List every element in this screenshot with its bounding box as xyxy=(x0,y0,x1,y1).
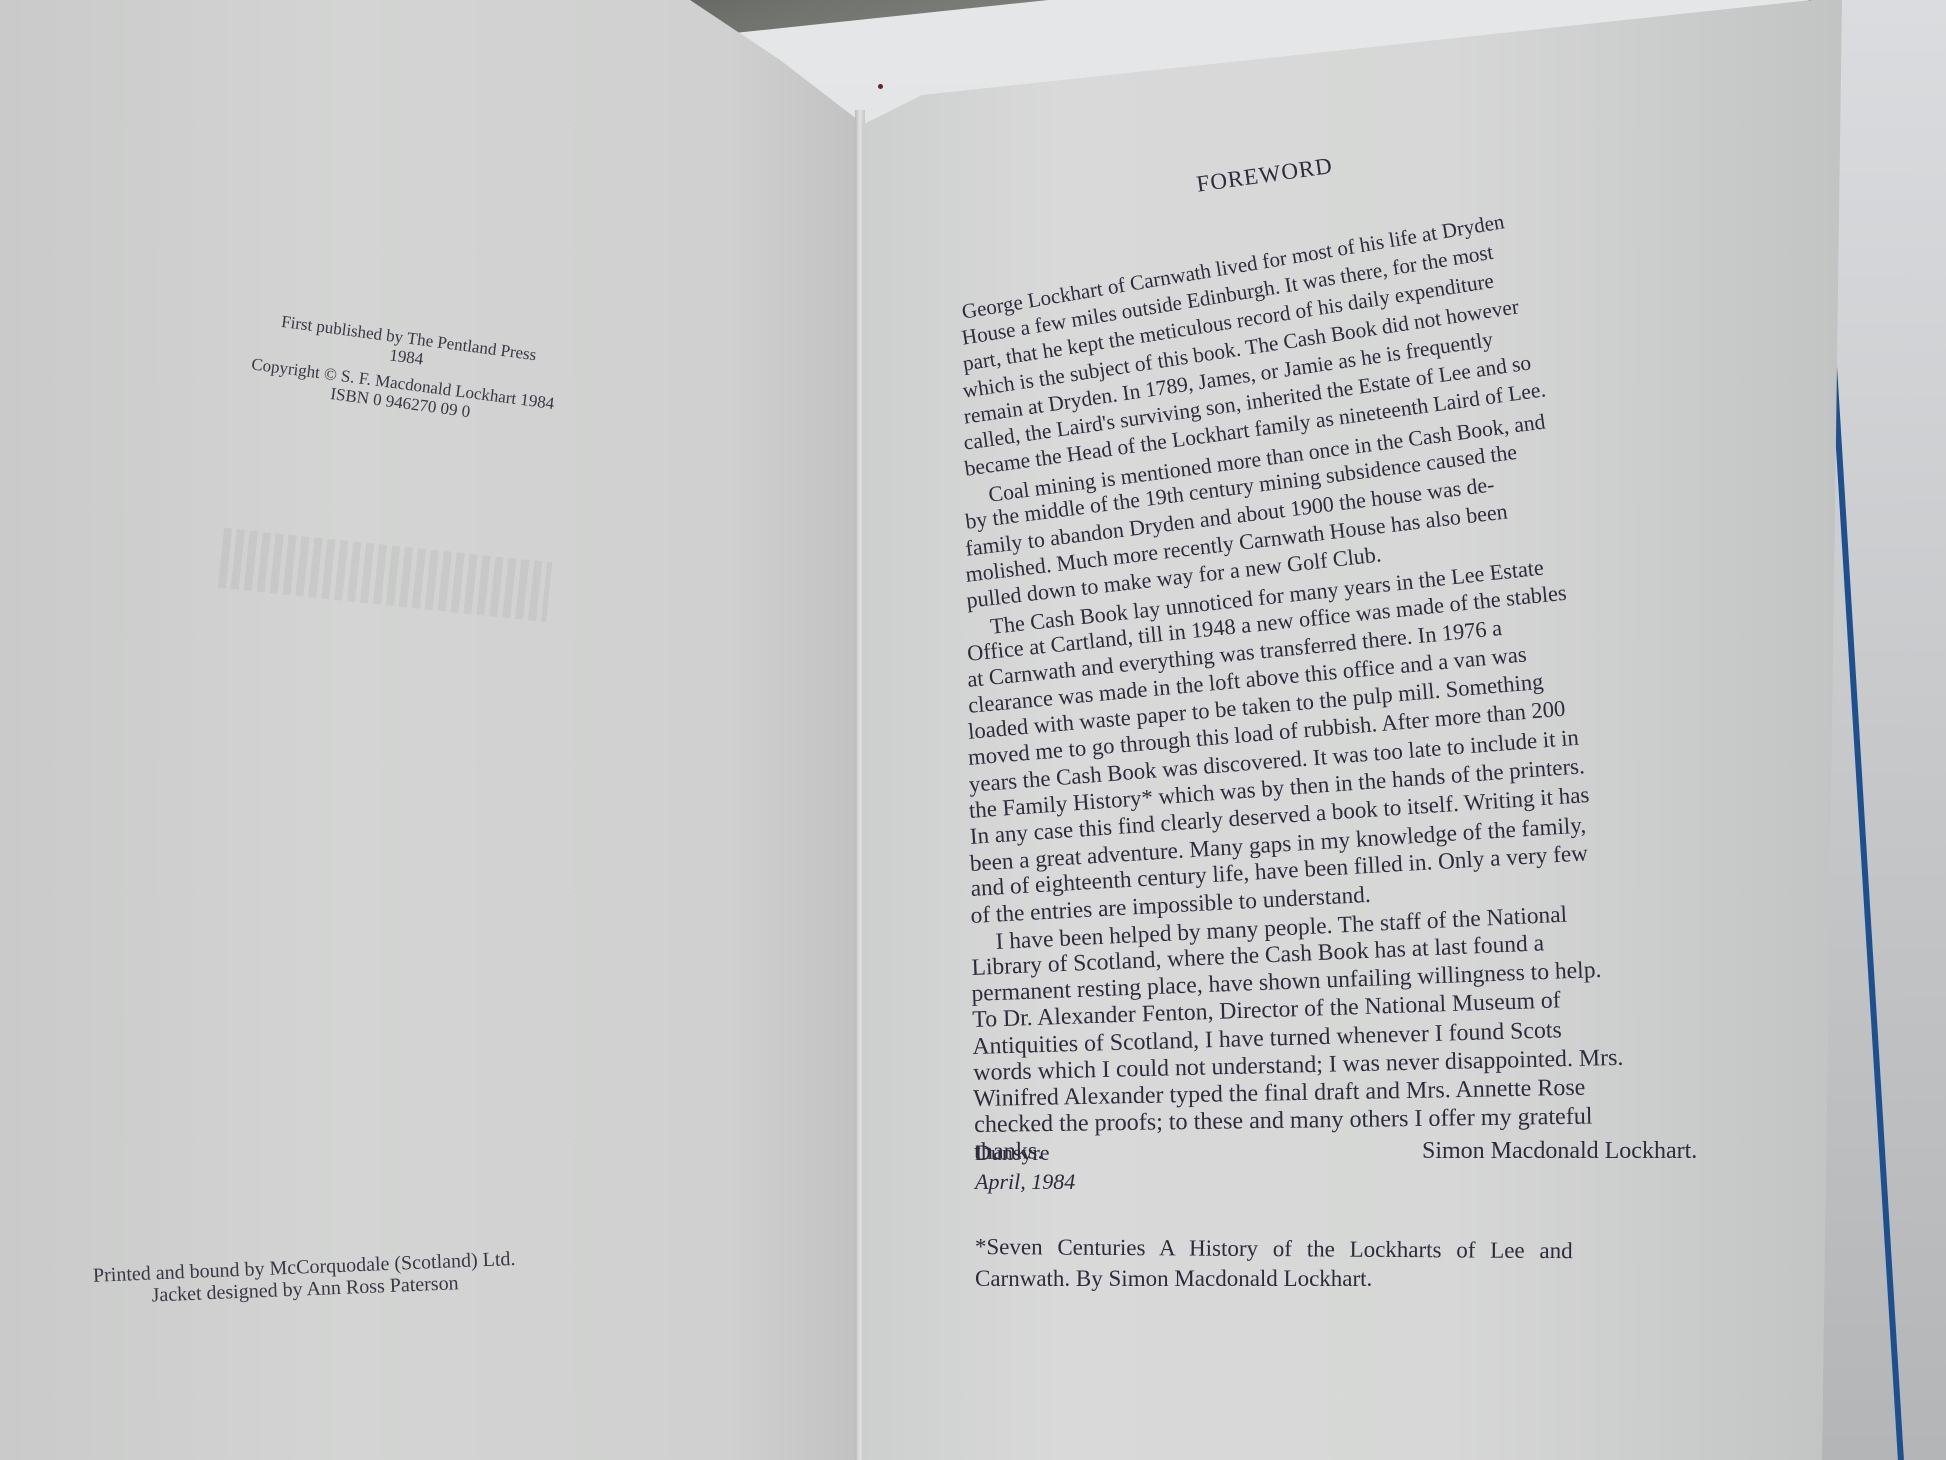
left-page xyxy=(0,0,858,1460)
footnote-line-1: *Seven Centuries A History of the Lockha… xyxy=(975,1234,1573,1264)
date-line: April, 1984 xyxy=(975,1169,1075,1195)
place-line: Dunsyre xyxy=(975,1140,1050,1166)
spot-mark xyxy=(878,84,883,89)
footnote-line-2: Carnwath. By Simon Macdonald Lockhart. xyxy=(975,1266,1372,1292)
signature: Simon Macdonald Lockhart. xyxy=(1422,1138,1697,1165)
show-through-text xyxy=(218,528,552,622)
